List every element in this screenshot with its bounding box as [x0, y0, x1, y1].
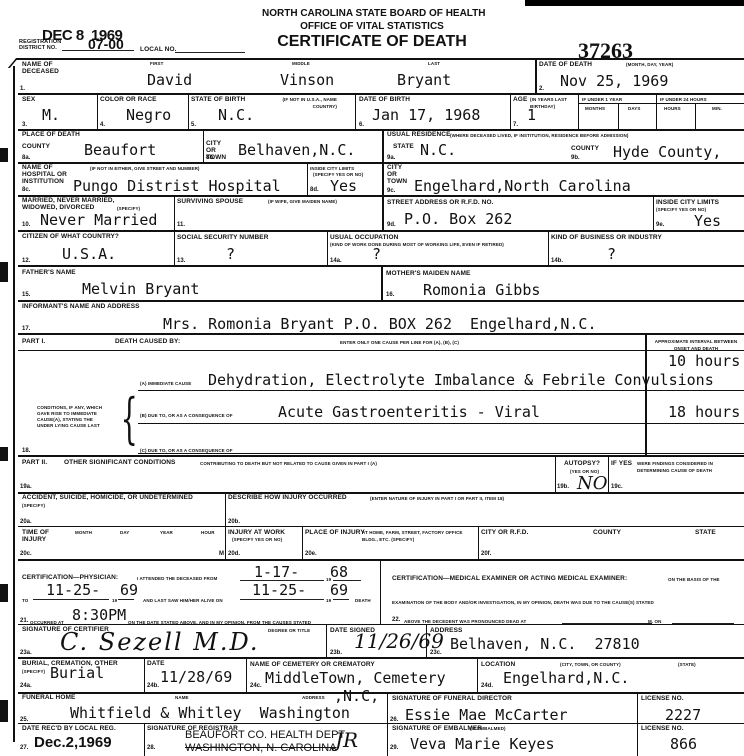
field-number: 20c.: [20, 551, 32, 557]
row-line: [18, 657, 744, 659]
attended-to-year-line: [118, 599, 134, 600]
field-number: 3.: [22, 122, 27, 128]
ssn-value: ?: [226, 246, 235, 263]
embalmer-value: Veva Marie Keyes: [410, 736, 555, 753]
cause-a-interval: 10 hours: [668, 353, 740, 370]
state-of-birth-label: STATE OF BIRTH: [191, 96, 245, 103]
field-number: 7.: [513, 122, 518, 128]
margin-tab: [0, 148, 8, 162]
attended-to-value: 11-25-: [46, 582, 100, 599]
funeral-home-value: Whitfield & Whitley Washington: [70, 705, 350, 722]
occupation-value: ?: [372, 246, 381, 263]
ssn-label: SOCIAL SECURITY NUMBER: [177, 234, 269, 241]
row-line: [18, 692, 744, 694]
part-2-label: PART II.: [22, 459, 47, 466]
res-state-label: STATE: [393, 143, 414, 150]
divider: [188, 94, 189, 130]
director-license-label: LICENSE NO.: [641, 695, 684, 702]
location-label: LOCATION: [481, 661, 515, 668]
last-saw-value: 11-25-: [252, 582, 306, 599]
field-number: 8a.: [22, 155, 30, 161]
days-label: DAYS: [628, 105, 641, 112]
last-saw-year: 69: [330, 582, 348, 599]
funeral-home-address: ,N.C,: [334, 688, 379, 705]
director-value: Essie Mae McCarter: [405, 707, 568, 724]
field-number: 9d.: [387, 222, 396, 228]
date-of-death-value: Nov 25, 1969: [560, 73, 668, 90]
date-of-birth-value: Jan 17, 1968: [372, 107, 480, 124]
father-value: Melvin Bryant: [82, 281, 199, 298]
divider: [618, 103, 619, 130]
race-value: Negro: [126, 107, 171, 124]
field-number: 24a.: [20, 683, 32, 689]
middle-name-value: Vinson: [280, 72, 334, 89]
last-name-value: Bryant: [397, 72, 451, 89]
funeral-address-label: ADDRESS: [302, 694, 325, 701]
registrar-stamp-line-1: BEAUFORT CO. HEALTH DEPT: [185, 729, 345, 741]
injury-hour-label: HOUR: [201, 529, 215, 536]
embalmer-license-value: 866: [670, 736, 697, 753]
occupation-sublabel: (KIND OF WORK DONE DURING MOST OF WORKIN…: [330, 241, 540, 248]
business-label: KIND OF BUSINESS OR INDUSTRY: [551, 234, 662, 241]
race-label: COLOR OR RACE: [100, 96, 157, 103]
cause-b-prefix: (b) DUE TO, OR AS A CONSEQUENCE OF: [140, 412, 233, 419]
injury-city-label: CITY OR R.F.D.: [481, 529, 529, 536]
first-name-label: FIRST: [150, 60, 164, 67]
row-line: [18, 129, 744, 131]
findings-sublabel: WERE FINDINGS CONSIDERED IN DETERMINING …: [637, 460, 742, 474]
other-conditions-sublabel: CONTRIBUTING TO DEATH BUT NOT RELATED TO…: [200, 460, 377, 467]
field-number: 23c.: [430, 650, 442, 656]
father-label: FATHER'S NAME: [22, 269, 76, 276]
divider: [426, 625, 427, 657]
registrar-initials: JR: [335, 728, 358, 752]
cause-a-prefix: (a) IMMEDIATE CAUSE: [140, 380, 191, 387]
injury-m-label: M: [219, 551, 224, 557]
cause-instruction: ENTER ONLY ONE CAUSE PER LINE FOR (a), (…: [340, 339, 459, 346]
field-number: 12.: [22, 258, 30, 264]
place-of-injury-sublabel: AT HOME, FARM, STREET, FACTORY OFFICE BL…: [362, 529, 477, 543]
physician-cert-label: CERTIFICATION—PHYSICIAN:: [22, 574, 118, 581]
cause-b-line: [138, 423, 744, 424]
mother-label: MOTHER'S MAIDEN NAME: [386, 270, 470, 277]
row-line: [18, 455, 744, 457]
redaction-bar: [525, 0, 744, 6]
field-number: 19c.: [611, 484, 623, 490]
usual-residence-sublabel: (WHERE DECEASED LIVED, IF INSTITUTION, R…: [450, 132, 628, 139]
how-label: DESCRIBE HOW INJURY OCCURRED: [228, 494, 347, 501]
field-number: 15.: [22, 292, 30, 298]
time-of-injury-label: TIME OF INJURY: [22, 529, 54, 543]
conditions-note: CONDITIONS, IF ANY, WHICH GAVE RISE TO I…: [37, 405, 109, 429]
injury-day-label: DAY: [120, 529, 129, 536]
manner-sublabel: (SPECIFY): [22, 502, 45, 509]
field-number: 9c.: [387, 188, 395, 194]
sex-label: SEX: [22, 96, 35, 103]
place-of-injury-label: PLACE OF INJURY: [305, 529, 365, 536]
cemetery-value: MiddleTown, Cemetery: [265, 670, 446, 687]
certificate-title: CERTIFICATE OF DEATH: [262, 33, 482, 51]
field-number: 22.: [392, 617, 400, 623]
margin-tab: [0, 584, 8, 602]
last-saw-year-line: [333, 599, 349, 600]
date-recd-value: Dec.2,1969: [34, 734, 112, 751]
field-number: 20f.: [481, 551, 491, 557]
divider: [578, 94, 579, 130]
address-label: ADDRESS: [430, 627, 462, 634]
business-value: ?: [607, 246, 616, 263]
field-number: 17.: [22, 326, 30, 332]
field-number: 4.: [100, 122, 105, 128]
attended-text: I ATTENDED THE DECEASED FROM: [137, 575, 217, 582]
divider: [144, 724, 145, 756]
marital-value: Never Married: [40, 212, 157, 229]
date-of-birth-label: DATE OF BIRTH: [359, 96, 410, 103]
age-label: AGE: [513, 96, 527, 103]
county-of-death-label: COUNTY: [22, 143, 50, 150]
field-number: 8b.: [206, 155, 215, 161]
field-number: 11.: [177, 222, 185, 228]
agency-line-2: OFFICE OF VITAL STATISTICS: [262, 21, 482, 32]
field-number: 10.: [22, 222, 30, 228]
divider: [174, 231, 175, 265]
cause-b-value: Acute Gastroenteritis - Viral: [278, 404, 540, 421]
divider: [144, 658, 145, 692]
director-license-value: 2227: [665, 707, 701, 724]
row-line: [18, 526, 744, 527]
field-number: 20a.: [20, 519, 32, 525]
attended-from-year: 68: [330, 564, 348, 581]
row-line: [18, 723, 744, 724]
divider: [387, 693, 388, 756]
registrar-stamp-line-2: WASHINGTON, N. CAROLINA: [185, 742, 337, 754]
divider: [695, 103, 696, 130]
embalmer-label: SIGNATURE OF EMBALMER: [392, 725, 482, 732]
date-recd-label: DATE REC'D BY LOCAL REG.: [22, 725, 116, 732]
field-number: 29.: [390, 745, 398, 751]
divider: [637, 693, 638, 756]
marital-label: MARRIED, NEVER MARRIED, WIDOWED, DIVORCE…: [22, 197, 117, 211]
state-of-birth-value: N.C.: [218, 107, 254, 124]
res-county-value: Hyde County,: [613, 144, 721, 161]
location-state-label: (STATE): [678, 661, 696, 668]
agency-line-1: NORTH CAROLINA STATE BOARD OF HEALTH: [262, 8, 482, 19]
row-line: [18, 624, 744, 625]
margin-tab: [0, 262, 8, 282]
divider: [656, 94, 657, 130]
attended-to-line: [33, 599, 109, 600]
middle-name-label: MIDDLE: [292, 60, 310, 67]
field-number: 9b.: [571, 155, 580, 161]
row-line: [18, 559, 744, 561]
field-number: 8c.: [22, 187, 30, 193]
interval-divider: [645, 334, 647, 455]
frame-left: [13, 66, 15, 742]
certifier-signature: C. Sezell M.D.: [60, 628, 259, 656]
field-number: 19a.: [20, 484, 32, 490]
cause-a-value: Dehydration, Electrolyte Imbalance & Feb…: [208, 372, 714, 389]
at-work-sublabel: (SPECIFY YES OR NO): [232, 536, 282, 543]
death-label: DEATH: [355, 597, 371, 604]
county-of-death-value: Beaufort: [84, 142, 156, 159]
hospital-value: Pungo Distrist Hospital: [73, 178, 281, 195]
divider: [246, 658, 247, 692]
state-of-birth-sublabel: (IF NOT IN U.S.A., NAME COUNTRY): [262, 96, 337, 110]
field-number: 13.: [177, 258, 185, 264]
field-number: 27.: [20, 745, 28, 751]
date-of-death-label: DATE OF DEATH: [539, 61, 592, 68]
embalmer-sublabel: (IF EMBALMED): [470, 725, 506, 732]
divider: [203, 130, 204, 163]
inside-city-res-value: Yes: [694, 213, 721, 230]
spouse-sublabel: (IF WIFE, GIVE MAIDEN NAME): [268, 198, 337, 205]
manner-label: ACCIDENT, SUICIDE, HOMICIDE, OR UNDETERM…: [22, 494, 193, 501]
field-number: 24c.: [250, 683, 262, 689]
field-number: 28.: [147, 745, 155, 751]
field-number: 6.: [359, 122, 364, 128]
injury-month-label: MONTH: [75, 529, 92, 536]
field-number: 8d.: [310, 187, 319, 193]
me-text-1: ON THE BASIS OF THE: [668, 576, 720, 583]
field-number: 2.: [539, 86, 544, 92]
divider: [174, 196, 175, 230]
occupation-label: USUAL OCCUPATION: [330, 234, 398, 241]
divider: [355, 94, 356, 130]
autopsy-label: AUTOPSY?: [564, 460, 600, 467]
sex-value: M.: [42, 107, 60, 124]
row-line: [18, 350, 744, 351]
divider: [326, 625, 327, 657]
field-number: 24d.: [481, 683, 493, 689]
res-city-value: Engelhard,North Carolina: [414, 178, 631, 195]
field-number: 14a.: [330, 258, 342, 264]
name-label: NAME OF DECEASED: [22, 61, 62, 75]
burial-date-label: DATE: [147, 660, 165, 667]
location-value: Engelhard,N.C.: [503, 670, 629, 687]
row-line: [578, 103, 744, 104]
brace-icon: {: [121, 392, 138, 446]
divider: [478, 527, 479, 559]
divider: [653, 196, 654, 230]
divider: [510, 94, 511, 130]
burial-date-value: 11/28/69: [160, 669, 232, 686]
first-name-value: David: [147, 72, 192, 89]
embalmer-license-label: LICENSE NO.: [641, 725, 684, 732]
at-work-label: INJURY AT WORK: [228, 529, 285, 536]
autopsy-value: NO: [577, 475, 608, 493]
months-label: MONTHS: [585, 105, 605, 112]
me-cert-label: CERTIFICATION—MEDICAL EXAMINER OR ACTING…: [392, 575, 627, 582]
divider: [327, 231, 328, 265]
cause-c-line: [138, 453, 744, 454]
row-line: [18, 230, 744, 232]
divider: [548, 231, 549, 265]
divider: [225, 527, 226, 559]
age-value: 1: [527, 107, 536, 124]
field-number: 24b.: [147, 683, 159, 689]
local-no-label: LOCAL NO.: [140, 46, 177, 53]
divider: [555, 456, 556, 493]
divider: [380, 560, 381, 624]
informant-value: Mrs. Romonia Bryant P.O. BOX 262 Engelha…: [163, 316, 596, 333]
date-of-death-sublabel: (MONTH, DAY, YEAR): [626, 61, 673, 68]
divider: [225, 493, 226, 527]
divider: [381, 266, 383, 300]
funeral-name-label: NAME: [175, 694, 189, 701]
field-number: 23b.: [330, 650, 342, 656]
address-value: Belhaven, N.C. 27810: [450, 636, 640, 653]
frame-top: [18, 58, 744, 60]
min-label: MIN.: [712, 105, 722, 112]
divider: [307, 163, 308, 196]
street-label: STREET ADDRESS OR R.F.D. No.: [387, 199, 494, 206]
place-of-death-label: PLACE OF DEATH: [22, 131, 80, 138]
divider: [302, 527, 303, 559]
divider: [477, 658, 478, 692]
injury-year-label: YEAR: [160, 529, 173, 536]
director-label: SIGNATURE OF FUNERAL DIRECTOR: [392, 695, 512, 702]
field-number: 18.: [22, 448, 30, 454]
margin-tab: [0, 700, 8, 722]
district-underline: [62, 50, 134, 51]
field-number: 14b.: [551, 258, 563, 264]
cemetery-label: NAME OF CEMETERY OR CREMATORY: [250, 661, 375, 668]
field-number: 16.: [386, 292, 394, 298]
citizen-label: CITIZEN OF WHAT COUNTRY?: [22, 233, 119, 240]
attended-to-year: 69: [120, 582, 138, 599]
field-number: 20e.: [305, 551, 317, 557]
divider: [535, 60, 537, 94]
hours-label: HOURS: [664, 105, 681, 112]
disposition-sublabel: (SPECIFY): [22, 668, 45, 675]
usual-residence-label: USUAL RESIDENCE: [387, 131, 451, 138]
city-of-death-value: Belhaven,N.C.: [238, 142, 355, 159]
death-caused-by-label: DEATH CAUSED BY:: [115, 338, 180, 345]
field-number: 5.: [191, 122, 196, 128]
disposition-value: Burial: [50, 665, 104, 682]
hospital-label: NAME OF HOSPITAL OR INSTITUTION: [22, 164, 74, 185]
funeral-home-label: FUNERAL HOME: [22, 694, 75, 701]
field-number: 20b.: [228, 519, 240, 525]
location-sublabel: (CITY, TOWN, OR COUNTY): [560, 661, 621, 668]
findings-label: IF YES: [611, 460, 632, 467]
part-1-label: PART I.: [22, 338, 45, 345]
cause-a-line: [138, 390, 744, 391]
inside-city-death-value: Yes: [330, 178, 357, 195]
field-number: 1.: [20, 86, 25, 92]
occurred-time: 8:30PM: [72, 607, 126, 624]
to-label: TO: [22, 597, 28, 604]
row-line: [18, 195, 744, 197]
res-state-value: N.C.: [420, 142, 456, 159]
attended-from-value: 1-17-: [254, 564, 299, 581]
how-sublabel: (ENTER NATURE OF INJURY IN PART I OR PAR…: [370, 495, 504, 502]
row-line: [18, 300, 744, 302]
under-1-year-label: IF UNDER 1 YEAR: [582, 96, 622, 103]
injury-county-label: COUNTY: [593, 529, 621, 536]
spouse-label: SURVIVING SPOUSE: [177, 198, 243, 205]
last-name-label: LAST: [428, 60, 440, 67]
residence-divider: [382, 130, 384, 230]
cause-b-interval: 18 hours: [668, 404, 740, 421]
res-city-label: CITY OR TOWN: [387, 164, 409, 185]
row-line: [18, 333, 744, 335]
other-conditions-label: OTHER SIGNIFICANT CONDITIONS: [64, 459, 176, 466]
hospital-sublabel: (IF NOT IN EITHER, GIVE STREET AND NUMBE…: [90, 165, 200, 172]
last-saw-text: AND LAST SAW HIM/HER ALIVE ON: [143, 597, 223, 604]
divider: [608, 456, 609, 493]
mother-value: Romonia Gibbs: [423, 282, 540, 299]
under-24-hours-label: IF UNDER 24 HOURS: [660, 96, 707, 103]
last-saw-line: [240, 599, 324, 600]
registration-district-label: REGISTRATION DISTRICT NO.: [19, 39, 59, 51]
injury-state-label: STATE: [695, 529, 716, 536]
divider: [97, 94, 98, 130]
informant-label: INFORMANT'S NAME AND ADDRESS: [22, 303, 140, 310]
local-no-underline: [175, 52, 245, 53]
field-number: 23a.: [20, 650, 32, 656]
street-value: P.O. Box 262: [404, 211, 512, 228]
me-text-2: EXAMINATION OF THE BODY AND/OR INVESTIGA…: [392, 599, 654, 606]
field-number: 19b.: [557, 484, 569, 490]
field-number: 9a.: [387, 155, 395, 161]
field-number: 9e.: [656, 222, 664, 228]
degree-label: DEGREE OR TITLE: [268, 627, 310, 634]
row-line: [18, 162, 744, 164]
inside-city-res-label: INSIDE CITY LIMITS: [656, 199, 719, 206]
res-county-label: COUNTY: [571, 145, 599, 152]
margin-tab: [0, 447, 8, 461]
age-sublabel: (IN YEARS LAST BIRTHDAY): [530, 96, 572, 110]
row-line: [18, 93, 744, 95]
year-19-label: 19: [112, 597, 117, 604]
field-number: 20d.: [228, 551, 240, 557]
citizen-value: U.S.A.: [62, 246, 116, 263]
